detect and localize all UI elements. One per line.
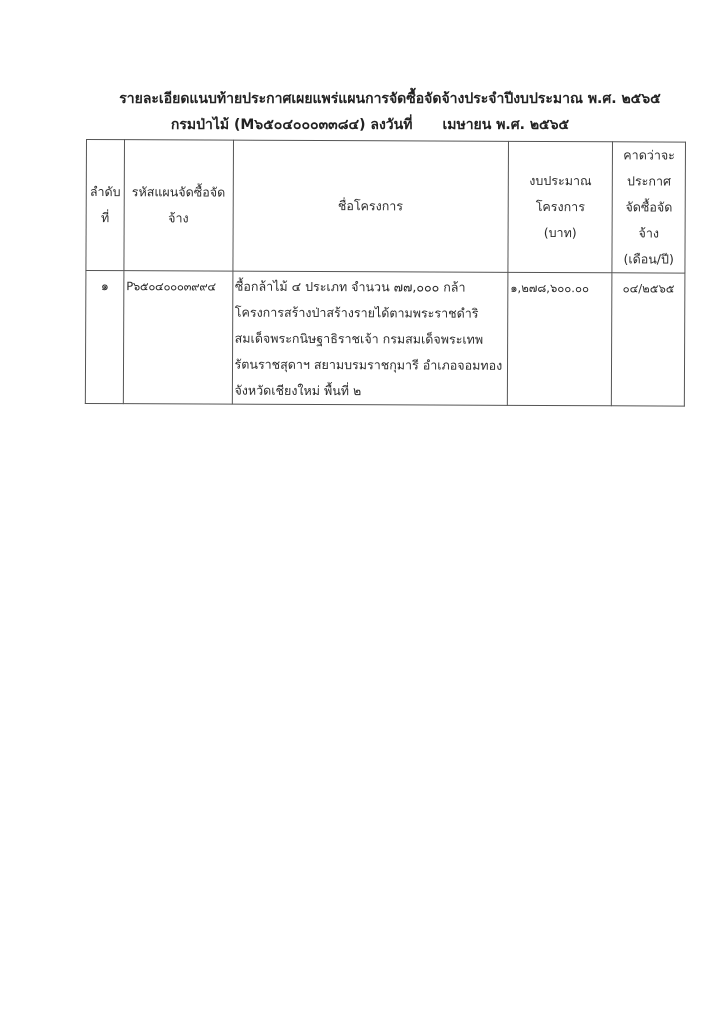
header-expected-announcement: คาดว่าจะ ประกาศ จัดซื้อจัด จ้าง (เดือน/ป… (612, 142, 685, 273)
header-budget: งบประมาณ โครงการ (บาท) (508, 141, 613, 272)
procurement-plan-table: ลำดับ ที่ รหัสแผนจัดซื้อจัด จ้าง ชื่อโคร… (85, 139, 686, 407)
table-header-row: ลำดับ ที่ รหัสแผนจัดซื้อจัด จ้าง ชื่อโคร… (86, 140, 686, 274)
cell-sequence: ๑ (85, 271, 124, 404)
cell-budget: ๑,๒๗๘,๖๐๐.๐๐ (507, 272, 612, 405)
subtitle-date: เมษายน พ.ศ. ๒๕๖๕ (442, 117, 569, 133)
cell-project-name: ซื้อกล้าไม้ ๔ ประเภท จำนวน ๗๗,๐๐๐ กล้า โ… (232, 271, 508, 405)
subtitle-department: กรมป่าไม้ (M๖๕๐๔๐๐๐๓๓๘๔) ลงวันที่ (171, 117, 413, 133)
cell-plan-code: P๖๕๐๔๐๐๐๓๙๙๔ (123, 271, 232, 404)
header-sequence: ลำดับ ที่ (86, 140, 125, 271)
document-title: รายละเอียดแนบท้ายประกาศเผยแพร่แผนการจัดซ… (60, 88, 720, 110)
table-row: ๑ P๖๕๐๔๐๐๐๓๙๙๔ ซื้อกล้าไม้ ๔ ประเภท จำนว… (85, 271, 685, 407)
header-project-name: ชื่อโครงการ (232, 140, 508, 272)
header-plan-code: รหัสแผนจัดซื้อจัด จ้าง (124, 140, 233, 271)
document-subtitle: กรมป่าไม้ (M๖๕๐๔๐๐๐๓๓๘๔) ลงวันที่เมษายน … (40, 114, 700, 136)
cell-expected-month: ๐๔/๒๕๖๕ (612, 273, 685, 406)
